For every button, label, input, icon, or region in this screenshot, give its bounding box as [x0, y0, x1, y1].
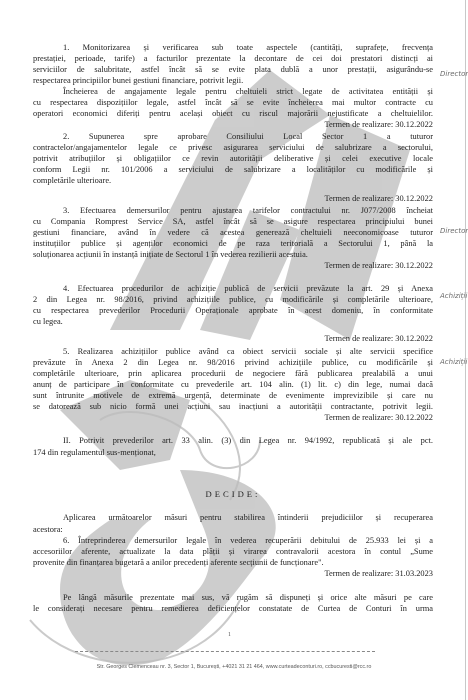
item4-line: cu respectarea prevederilor Procedurii O…	[33, 305, 433, 316]
margin-note: Achiziții	[440, 358, 467, 366]
item1-deadline: Termen de realizare: 30.12.2022	[33, 119, 433, 130]
item6-line: accesoriilor aferente, actualizate la da…	[33, 546, 433, 557]
item5-line: anunț de participare în conformitate cu …	[33, 379, 433, 390]
item3-deadline: Termen de realizare: 30.12.2022	[33, 260, 433, 271]
item1-line: 1. Monitorizarea și verificarea sub toat…	[33, 42, 433, 53]
item3-line: cu Compania Romprest Service SA, astfel …	[33, 216, 433, 227]
item5-deadline: Termen de realizare: 30.12.2022	[33, 412, 433, 423]
item1-line: prestației, perioade, tarife) a facturil…	[33, 53, 433, 64]
item4-deadline: Termen de realizare: 30.12.2022	[33, 333, 433, 344]
section2-line: II. Potrivit prevederilor art. 33 alin. …	[33, 435, 433, 446]
decide-heading: DECIDE:	[33, 489, 433, 500]
item2-line: completările ulterioare.	[33, 175, 433, 186]
item5-line: 5. Realizarea achizițiilor publice având…	[33, 346, 433, 357]
application-line: acestora:	[33, 524, 433, 535]
closing-line: le considerați necesare pentru remediere…	[33, 603, 433, 614]
item1-line: Încheierea de angajamente legale pentru …	[33, 86, 433, 97]
application-line: Aplicarea următoarelor măsuri pentru sta…	[33, 512, 433, 523]
scan-edge-line	[465, 0, 466, 700]
item1-line: cu respectarea dispozițiilor legale, ast…	[33, 97, 433, 108]
item2-line: 2. Supunerea spre aprobare Consiliului L…	[33, 131, 433, 142]
item2-deadline: Termen de realizare: 30.12.2022	[33, 193, 433, 204]
footer-divider	[75, 651, 375, 652]
footer-address: Str. Georges Clemenceau nr. 3, Sector 1,…	[0, 664, 468, 670]
item3-line: instituțiilor publice și agenților econo…	[33, 238, 433, 249]
item4-line: 4. Efectuarea procedurilor de achiziție …	[33, 283, 433, 294]
item5-line: sunt întrunite motivele de extremă urgen…	[33, 390, 433, 401]
item3-line: 3. Efectuarea demersurilor pentru ajusta…	[33, 205, 433, 216]
section2-line: 174 din regulamentul sus-menționat,	[33, 447, 433, 458]
margin-note: Achiziții	[440, 292, 467, 300]
item3-line: soluționarea acțiunii în instanță iniția…	[33, 249, 433, 260]
page-number: 1	[228, 632, 231, 638]
item5-line: completările ulterioare, prin aplicarea …	[33, 368, 433, 379]
margin-note: Director	[440, 70, 468, 78]
item4-line: cu legea.	[33, 316, 433, 327]
item2-line: conform Legii nr. 101/2006 a serviciului…	[33, 164, 433, 175]
item5-line: se datorează sub nicio formă unei acțiun…	[33, 401, 433, 412]
document-page: 1. Monitorizarea și verificarea sub toat…	[0, 0, 468, 700]
item2-line: potrivit atribuțiilor și obligațiilor ce…	[33, 153, 433, 164]
item5-line: prevăzute în Anexa 2 din Legea nr. 98/20…	[33, 357, 433, 368]
item4-line: 2 din Legea nr. 98/2016, privind achiziț…	[33, 294, 433, 305]
item1-line: serviciilor de salubritate, astfel încât…	[33, 64, 433, 75]
margin-note: Director	[440, 227, 468, 235]
item6-deadline: Termen de realizare: 31.03.2023	[33, 568, 433, 579]
closing-line: Pe lângă măsurile prezentate mai sus, vă…	[33, 592, 433, 603]
item1-line: operatori economici diferiți pentru acel…	[33, 108, 433, 119]
item6-line: 6. Întreprinderea demersurilor legale în…	[33, 535, 433, 546]
item1-line: respectarea principiilor bunei gestiuni …	[33, 75, 433, 86]
item2-line: contractelor/angajamentelor legale ce pr…	[33, 142, 433, 153]
item3-line: gestiuni financiare, având în vedere că …	[33, 227, 433, 238]
item6-line: provenite din finanțarea bugetară a anil…	[33, 557, 433, 568]
